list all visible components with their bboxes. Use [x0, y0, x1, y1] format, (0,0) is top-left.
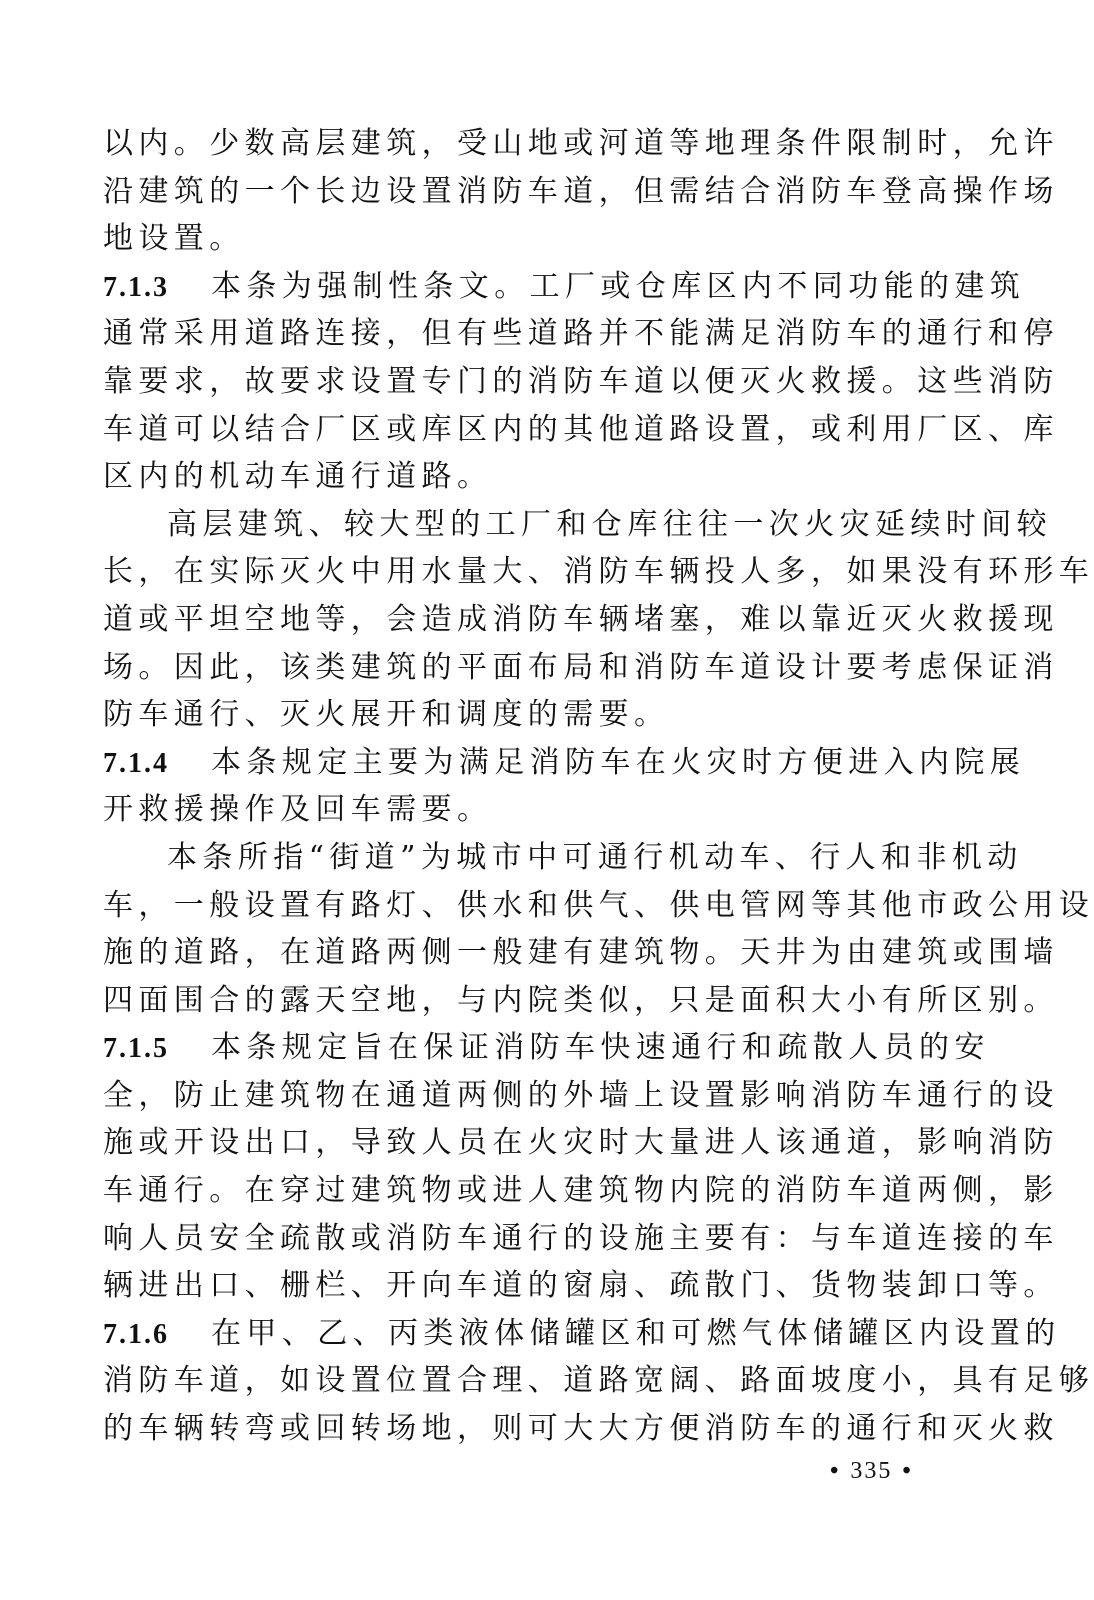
- line-text: 开救援操作及回车需要。: [103, 792, 492, 827]
- line-text: 四面围合的露天空地，与内院类似，只是面积大小有所区别。: [103, 983, 1059, 1018]
- text-line-25: 辆进出口、栅栏、开向车道的窗扇、疏散门、货物装卸口等。: [103, 1262, 975, 1310]
- line-text: 场。因此，该类建筑的平面布局和消防车道设计要考虑保证消: [103, 650, 1059, 685]
- line-text: 本条规定旨在保证消防车快速通行和疏散人员的安: [211, 1030, 990, 1065]
- document-page-body: 以内。少数高层建筑，受山地或河道等地理条件限制时，允许 沿建筑的一个长边设置消防…: [103, 120, 975, 1453]
- text-line-17: 车，一般设置有路灯、供水和供气、供电管网等其他市政公用设: [103, 882, 975, 930]
- text-line-22: 施或开设出口，导致人员在火灾时大量进人该通道，影响消防: [103, 1119, 975, 1167]
- text-line-15: 开救援操作及回车需要。: [103, 786, 975, 834]
- bullet-dot-icon: •: [902, 1458, 912, 1484]
- text-line-12: 场。因此，该类建筑的平面布局和消防车道设计要考虑保证消: [103, 644, 975, 692]
- clause-7-1-6-heading-line: 7.1.6在甲、乙、丙类液体储罐区和可燃气体储罐区内设置的: [103, 1310, 975, 1358]
- line-text: 长，在实际灭火中用水量大、消防车辆投人多，如果没有环形车: [103, 554, 1094, 589]
- line-text: 高层建筑、较大型的工厂和仓库往往一次火灾延续时间较: [167, 507, 1052, 542]
- text-line-1: 以内。少数高层建筑，受山地或河道等地理条件限制时，允许: [103, 120, 975, 168]
- text-line-28: 的车辆转弯或回转场地，则可大大方便消防车的通行和灭火救: [103, 1405, 975, 1453]
- clause-7-1-4-heading-line: 7.1.4本条规定主要为满足消防车在火灾时方便进入内院展: [103, 739, 975, 787]
- text-line-8: 区内的机动车通行道路。: [103, 453, 975, 501]
- line-text: 道或平坦空地等，会造成消防车辆堵塞，难以靠近灭火救援现: [103, 602, 1059, 637]
- clause-7-1-5-heading-line: 7.1.5本条规定旨在保证消防车快速通行和疏散人员的安: [103, 1024, 975, 1072]
- line-text: 靠要求，故要求设置专门的消防车道以便灭火救援。这些消防: [103, 364, 1059, 399]
- clause-number: 7.1.5: [103, 1025, 211, 1073]
- line-text: 以内。少数高层建筑，受山地或河道等地理条件限制时，允许: [103, 126, 1059, 161]
- clause-number: 7.1.3: [103, 264, 211, 312]
- clause-7-1-3-heading-line: 7.1.3本条为强制性条文。工厂或仓库区内不同功能的建筑: [103, 263, 975, 311]
- text-line-2: 沿建筑的一个长边设置消防车道，但需结合消防车登高操作场: [103, 168, 975, 216]
- line-text: 全，防止建筑物在通道两侧的外墙上设置影响消防车通行的设: [103, 1078, 1059, 1113]
- line-text: 施或开设出口，导致人员在火灾时大量进人该通道，影响消防: [103, 1125, 1059, 1160]
- line-text: 车通行。在穿过建筑物或进人建筑物内院的消防车道两侧，影: [103, 1173, 1059, 1208]
- line-text: 本条为强制性条文。工厂或仓库区内不同功能的建筑: [211, 269, 1025, 304]
- line-text: 本条所指“街道”为城市中可通行机动车、行人和非机动: [167, 840, 1023, 875]
- line-text: 通常采用道路连接，但有些道路并不能满足消防车的通行和停: [103, 316, 1059, 351]
- line-text: 车道可以结合厂区或库区内的其他道路设置，或利用厂区、库: [103, 412, 1059, 447]
- paragraph-start-line: 本条所指“街道”为城市中可通行机动车、行人和非机动: [103, 834, 975, 882]
- line-text: 区内的机动车通行道路。: [103, 459, 492, 494]
- clause-number: 7.1.6: [103, 1311, 211, 1359]
- line-text: 的车辆转弯或回转场地，则可大大方便消防车的通行和灭火救: [103, 1411, 1059, 1446]
- bullet-dot-icon: •: [830, 1458, 840, 1484]
- paragraph-start-line: 高层建筑、较大型的工厂和仓库往往一次火灾延续时间较: [103, 501, 975, 549]
- line-text: 防车通行、灭火展开和调度的需要。: [103, 697, 669, 732]
- line-text: 在甲、乙、丙类液体储罐区和可燃气体储罐区内设置的: [211, 1316, 1061, 1351]
- line-text: 响人员安全疏散或消防车通行的设施主要有：与车道连接的车: [103, 1221, 1059, 1256]
- line-text: 施的道路，在道路两侧一般建有建筑物。天井为由建筑或围墙: [103, 935, 1059, 970]
- page-number-value: 335: [850, 1458, 892, 1484]
- text-line-6: 靠要求，故要求设置专门的消防车道以便灭火救援。这些消防: [103, 358, 975, 406]
- text-line-10: 长，在实际灭火中用水量大、消防车辆投人多，如果没有环形车: [103, 548, 975, 596]
- line-text: 辆进出口、栅栏、开向车道的窗扇、疏散门、货物装卸口等。: [103, 1268, 1059, 1303]
- clause-number: 7.1.4: [103, 740, 211, 788]
- text-line-3: 地设置。: [103, 215, 975, 263]
- line-text: 沿建筑的一个长边设置消防车道，但需结合消防车登高操作场: [103, 174, 1059, 209]
- line-text: 地设置。: [103, 221, 245, 256]
- text-line-7: 车道可以结合厂区或库区内的其他道路设置，或利用厂区、库: [103, 406, 975, 454]
- text-line-21: 全，防止建筑物在通道两侧的外墙上设置影响消防车通行的设: [103, 1072, 975, 1120]
- text-line-24: 响人员安全疏散或消防车通行的设施主要有：与车道连接的车: [103, 1215, 975, 1263]
- line-text: 车，一般设置有路灯、供水和供气、供电管网等其他市政公用设: [103, 888, 1094, 923]
- text-line-19: 四面围合的露天空地，与内院类似，只是面积大小有所区别。: [103, 977, 975, 1025]
- text-line-27: 消防车道，如设置位置合理、道路宽阔、路面坡度小，具有足够: [103, 1357, 975, 1405]
- text-line-5: 通常采用道路连接，但有些道路并不能满足消防车的通行和停: [103, 310, 975, 358]
- line-text: 消防车道，如设置位置合理、道路宽阔、路面坡度小，具有足够: [103, 1363, 1094, 1398]
- line-text: 本条规定主要为满足消防车在火灾时方便进入内院展: [211, 745, 1025, 780]
- text-line-18: 施的道路，在道路两侧一般建有建筑物。天井为由建筑或围墙: [103, 929, 975, 977]
- page-number: •335•: [820, 1458, 920, 1485]
- text-line-23: 车通行。在穿过建筑物或进人建筑物内院的消防车道两侧，影: [103, 1167, 975, 1215]
- text-line-11: 道或平坦空地等，会造成消防车辆堵塞，难以靠近灭火救援现: [103, 596, 975, 644]
- text-line-13: 防车通行、灭火展开和调度的需要。: [103, 691, 975, 739]
